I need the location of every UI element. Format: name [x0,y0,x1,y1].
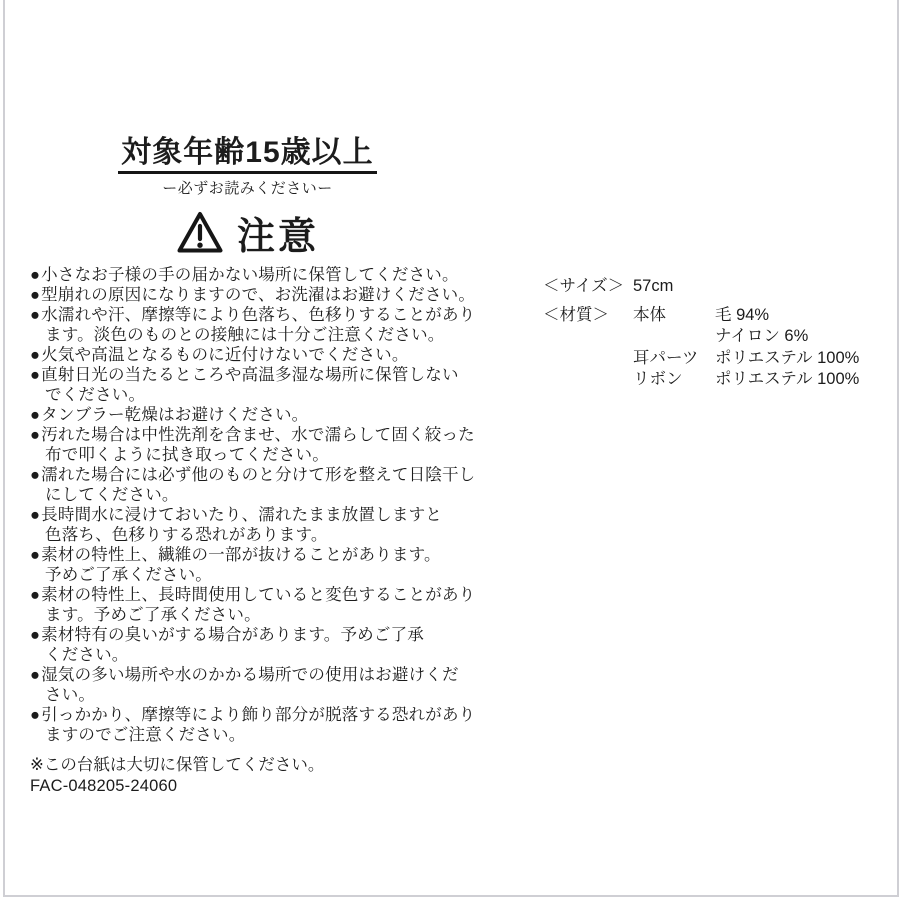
age-restriction-title: 対象年齢15歳以上 [118,136,376,174]
material-composition: ナイロン 6% [715,326,808,348]
bullet-icon: ● [30,426,40,444]
caution-line: 布で叩くように拭き取ってください。 [30,445,478,465]
caution-line: ●素材の特性上、繊維の一部が抜けることがあります。 [30,545,478,565]
material-label: ＜材質＞ [543,305,633,327]
card-edge-left [3,0,5,896]
bullet-icon: ● [30,366,40,384]
material-row: ＜材質＞本体毛 94% [543,305,859,327]
material-part [633,326,715,348]
warning-heading: 注意 [95,205,400,260]
caution-item: ●小さなお子様の手の届かない場所に保管してください。 [30,265,478,285]
material-composition: ポリエステル 100% [715,348,859,370]
caution-item: ●素材の特性上、繊維の一部が抜けることがあります。予めご了承ください。 [30,545,478,585]
caution-line: ●素材特有の臭いがする場合があります。予めご了承 [30,625,478,645]
caution-line: 予めご了承ください。 [30,565,478,585]
bullet-icon: ● [30,666,40,684]
product-code: FAC-048205-24060 [30,776,324,797]
size-value: 57cm [633,276,715,298]
caution-line: ●火気や高温となるものに近付けないでください。 [30,345,478,365]
caution-line: ます。予めご了承ください。 [30,605,478,625]
spec-panel: ＜サイズ＞ 57cm ＜材質＞本体毛 94%ナイロン 6%耳パーツポリエステル … [543,276,859,391]
material-label [543,326,633,348]
material-label [543,348,633,370]
bullet-icon: ● [30,286,40,304]
material-row: 耳パーツポリエステル 100% [543,348,859,370]
size-label: ＜サイズ＞ [543,276,633,298]
card-edge-bottom [3,895,899,897]
material-part: 本体 [633,305,715,327]
footer: ※この台紙は大切に保管してください。 FAC-048205-24060 [30,755,324,797]
bullet-icon: ● [30,706,40,724]
caution-item: ●素材の特性上、長時間使用していると変色することがあります。予めご了承ください。 [30,585,478,625]
caution-line: ●湿気の多い場所や水のかかる場所での使用はお避けくだ [30,665,478,685]
caution-line: ●素材の特性上、長時間使用していると変色することがあり [30,585,478,605]
caution-line: でください。 [30,385,478,405]
bullet-icon: ● [30,306,40,324]
bullet-icon: ● [30,506,40,524]
caution-item: ●直射日光の当たるところや高温多湿な場所に保管しないでください。 [30,365,478,405]
warning-triangle-icon [176,210,224,256]
material-part: 耳パーツ [633,348,715,370]
caution-line: ますのでご注意ください。 [30,725,478,745]
caution-line: ●汚れた場合は中性洗剤を含ませ、水で濡らして固く絞った [30,425,478,445]
caution-line: ●濡れた場合には必ず他のものと分けて形を整えて日陰干し [30,465,478,485]
caution-line: さい。 [30,685,478,705]
caution-line: ●引っかかり、摩擦等により飾り部分が脱落する恐れがあり [30,705,478,725]
warning-title: 注意 [237,205,319,260]
card-edge-right [897,0,899,896]
caution-line: 色落ち、色移りする恐れがあります。 [30,525,478,545]
material-part: リボン [633,369,715,391]
caution-line: ●タンブラー乾燥はお避けください。 [30,405,478,425]
caution-line: ●直射日光の当たるところや高温多湿な場所に保管しない [30,365,478,385]
caution-line: にしてください。 [30,485,478,505]
bullet-icon: ● [30,626,40,644]
caution-item: ●汚れた場合は中性洗剤を含ませ、水で濡らして固く絞った布で叩くように拭き取ってく… [30,425,478,465]
care-label-card: 対象年齢15歳以上 ー必ずお読みくださいー 注意 ●小さなお子様の手の届かない場… [0,0,900,900]
material-composition: ポリエステル 100% [715,369,859,391]
caution-item: ●素材特有の臭いがする場合があります。予めご了承ください。 [30,625,478,665]
material-label [543,369,633,391]
caution-item: ●型崩れの原因になりますので、お洗濯はお避けください。 [30,285,478,305]
bullet-icon: ● [30,406,40,424]
caution-item: ●タンブラー乾燥はお避けください。 [30,405,478,425]
material-composition: 毛 94% [715,305,769,327]
caution-line: ●長時間水に浸けておいたり、濡れたまま放置しますと [30,505,478,525]
caution-item: ●湿気の多い場所や水のかかる場所での使用はお避けください。 [30,665,478,705]
bullet-icon: ● [30,346,40,364]
caution-line: ●型崩れの原因になりますので、お洗濯はお避けください。 [30,285,478,305]
material-row: ナイロン 6% [543,326,859,348]
header: 対象年齢15歳以上 ー必ずお読みくださいー 注意 [95,136,400,260]
caution-item: ●濡れた場合には必ず他のものと分けて形を整えて日陰干しにしてください。 [30,465,478,505]
caution-line: ●水濡れや汗、摩擦等により色落ち、色移りすることがあり [30,305,478,325]
keep-card-note: ※この台紙は大切に保管してください。 [30,755,324,776]
caution-line: ください。 [30,645,478,665]
bullet-icon: ● [30,586,40,604]
size-row: ＜サイズ＞ 57cm [543,276,859,298]
caution-list: ●小さなお子様の手の届かない場所に保管してください。●型崩れの原因になりますので… [30,265,478,745]
material-row: リボンポリエステル 100% [543,369,859,391]
bullet-icon: ● [30,466,40,484]
bullet-icon: ● [30,266,40,284]
caution-line: ます。淡色のものとの接触には十分ご注意ください。 [30,325,478,345]
caution-line: ●小さなお子様の手の届かない場所に保管してください。 [30,265,478,285]
read-me-subtitle: ー必ずお読みくださいー [95,177,400,198]
material-rows: ＜材質＞本体毛 94%ナイロン 6%耳パーツポリエステル 100%リボンポリエス… [543,305,859,391]
caution-item: ●水濡れや汗、摩擦等により色落ち、色移りすることがあります。淡色のものとの接触に… [30,305,478,345]
caution-item: ●引っかかり、摩擦等により飾り部分が脱落する恐れがありますのでご注意ください。 [30,705,478,745]
bullet-icon: ● [30,546,40,564]
caution-item: ●長時間水に浸けておいたり、濡れたまま放置しますと色落ち、色移りする恐れがありま… [30,505,478,545]
caution-item: ●火気や高温となるものに近付けないでください。 [30,345,478,365]
